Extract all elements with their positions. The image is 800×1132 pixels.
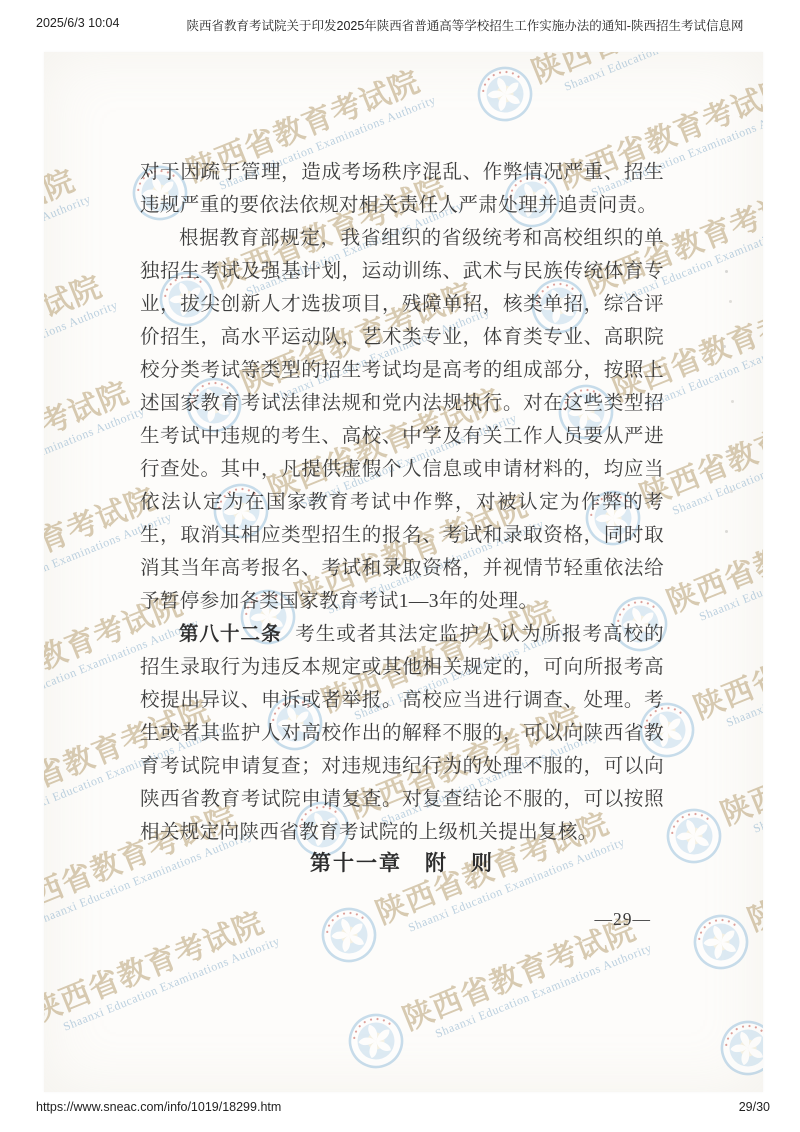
shaanxi-education-examinations-authority-seal-icon [658, 800, 731, 873]
watermark-cn-text: 陕西省教育考试院 [744, 812, 763, 938]
print-footer: https://www.sneac.com/info/1019/18299.ht… [0, 1100, 800, 1118]
shaanxi-education-examinations-authority-seal-icon [340, 1005, 413, 1078]
watermark-cn-text: 陕西省教育考试院 [663, 494, 763, 620]
watermark-en-text: Shaanxi Education Examinations Authority [44, 193, 93, 292]
watermark-en-text: Shaanxi Education Examinations Authority [752, 737, 763, 836]
watermark-unit: 陕西省教育考试院Shaanxi Education Examinations A… [44, 369, 149, 540]
page-indicator: 29/30 [739, 1100, 770, 1114]
watermark-unit: 陕西省教育考试院Shaanxi Education Examinations A… [658, 701, 763, 872]
scanned-page: 陕西省教育考试院Shaanxi Education Examinations A… [44, 52, 763, 1092]
chapter-heading: 第十一章 附 则 [140, 847, 664, 877]
watermark-en-text: Shaanxi Education Examinations Authority [725, 631, 763, 730]
source-url: https://www.sneac.com/info/1019/18299.ht… [36, 1100, 281, 1114]
watermark-en-text: Shaanxi Education Examinations Authority [44, 299, 120, 398]
watermark-cn-text: 陕西省教育考试院 [690, 600, 763, 726]
paragraph: 根据教育部规定，我省组织的省级统考和高校组织的单独招生考试及强基计划，运动训练、… [140, 222, 664, 618]
document-body: 对于因疏于管理，造成考场秩序混乱、作弊情况严重、招生违规严重的要依法依规对相关责… [140, 156, 664, 849]
watermark-cn-text: 陕西省教育考试院 [44, 904, 277, 1030]
document-page-number: —29— [595, 909, 652, 930]
watermark-unit: 陕西省教育考试院Shaanxi Education Examinations A… [685, 807, 763, 978]
watermark-unit: 陕西省教育考试院Shaanxi Education Examinations A… [44, 157, 95, 328]
shaanxi-education-examinations-authority-seal-icon [313, 899, 386, 972]
print-timestamp: 2025/6/3 10:04 [36, 16, 119, 30]
watermark-en-text: Shaanxi Education Examinations Authority [62, 935, 282, 1034]
watermark-unit: 陕西省教育考试院Shaanxi Education Examinations A… [469, 52, 763, 130]
shaanxi-education-examinations-authority-seal-icon [469, 58, 542, 131]
paragraph: 对于因疏于管理，造成考场秩序混乱、作弊情况严重、招生违规严重的要依法依规对相关责… [140, 156, 664, 222]
watermark-cn-text: 陕西省教育考试院 [717, 706, 763, 832]
paragraph-article-82: 第八十二条考生或者其法定监护人认为所报考高校的招生录取行为违反本规定或其他相关规… [140, 618, 664, 849]
watermark-unit: 陕西省教育考试院Shaanxi Education Examinations A… [340, 906, 656, 1077]
document-title: 陕西省教育考试院关于印发2025年陕西省普通高等学校招生工作实施办法的通知-陕西… [130, 16, 800, 34]
print-preview-page: { "print_header": { "timestamp": "2025/6… [0, 0, 800, 1132]
watermark-cn-text: 陕西省教育考试院 [44, 374, 142, 500]
watermark-en-text: Shaanxi Education Examinations Authority [671, 419, 763, 518]
article-text: 考生或者其法定监护人认为所报考高校的招生录取行为违反本规定或其他相关规定的，可向… [140, 624, 664, 843]
scan-noise-speckles [725, 270, 728, 273]
watermark-unit: 陕西省教育考试院Shaanxi Education Examinations A… [712, 913, 763, 1084]
watermark-cn-text: 陕西省教育考试院 [44, 268, 115, 394]
watermark-en-text: Shaanxi Education Examinations Authority [698, 525, 763, 624]
watermark-en-text: Shaanxi Education Examinations Authority [563, 52, 763, 94]
watermark-unit: 陕西省教育考试院Shaanxi Education Examinations A… [44, 899, 284, 1070]
watermark-en-text: Shaanxi Education Examinations Authority [434, 942, 654, 1041]
watermark-cn-text: 陕西省教育考试院 [528, 52, 763, 90]
watermark-cn-text: 陕西省教育考试院 [44, 162, 88, 288]
print-header: 2025/6/3 10:04 陕西省教育考试院关于印发2025年陕西省普通高等学… [0, 16, 800, 34]
watermark-unit: 陕西省教育考试院Shaanxi Education Examinations A… [44, 263, 122, 434]
watermark-en-text: Shaanxi Education Examinations Authority [44, 405, 147, 504]
shaanxi-education-examinations-authority-seal-icon [712, 1012, 763, 1085]
article-number-label: 第八十二条 [179, 624, 282, 645]
shaanxi-education-examinations-authority-seal-icon [685, 906, 758, 979]
